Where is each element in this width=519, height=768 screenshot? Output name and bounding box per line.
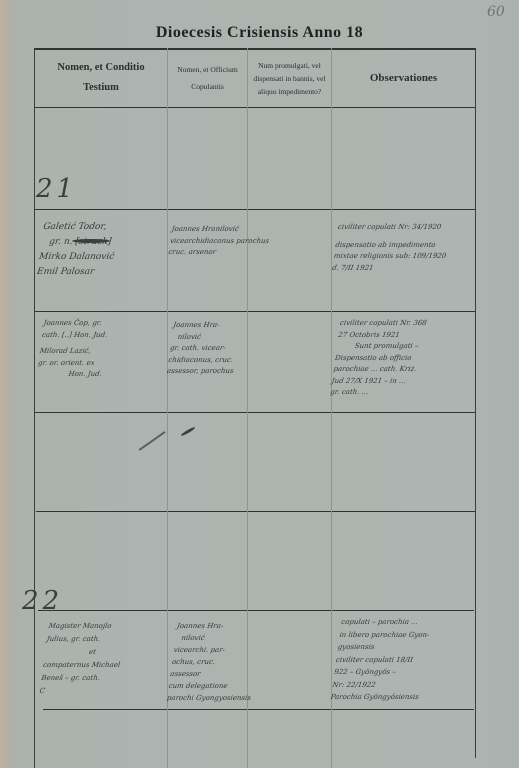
handwritten-line: Beneš – gr. cath. — [40, 672, 119, 685]
handwritten-line: Emil Palosar — [36, 265, 113, 280]
handwritten-line: mixtae religionis sub: 109/1920 — [333, 251, 447, 263]
column-divider — [331, 48, 332, 768]
handwritten-line: assessor, parochus — [166, 366, 234, 378]
handwritten-line: vicearchi. par- — [173, 644, 259, 656]
handwritten-line: gr. or. orient. ex — [37, 358, 104, 370]
header-line: Observationes — [370, 72, 437, 84]
handwritten-line: cum delegatione — [168, 680, 254, 692]
header-line: dispensati in bannis, vel — [253, 72, 325, 85]
handwritten-line: 922 – Gyöngyös – — [333, 666, 425, 679]
entry-officiant: Joannes Hra- nilović vicearchi. par- och… — [166, 620, 262, 704]
handwritten-line: chidiaconus, cruc. — [168, 355, 236, 367]
handwritten-line: civiliter copulati 18/II — [335, 654, 427, 667]
header-line: Copulantis — [177, 78, 237, 95]
binding-edge — [0, 0, 12, 768]
handwritten-line: parochiae ... cath. Kriż. — [333, 364, 421, 376]
handwritten-line: et — [44, 646, 123, 659]
handwritten-line: copulati – parochia ... — [340, 616, 432, 629]
entry-witnesses: Galetić Todor, gr. n. [struck] Mirko Dal… — [36, 220, 120, 280]
handwritten-line: gr. cath. ... — [329, 387, 417, 399]
handwritten-line: Dispensatio ab officio — [334, 353, 422, 365]
handwritten-line: Jud 27/X 1921 – in ... — [331, 376, 419, 388]
handwritten-line: dispensatio ab impedimento — [335, 240, 449, 252]
handwritten-line: Mirko Dalanović — [38, 250, 115, 265]
handwritten-line: Hon. Jud. — [36, 369, 103, 381]
handwritten-line: Joannes Hra- — [176, 620, 262, 632]
register-page: 60 Dioecesis Crisiensis Anno 18 Nomen, e… — [0, 0, 519, 768]
handwritten-line: nilović — [175, 632, 261, 644]
entry-witnesses: Magister Manojlo Julius, gr. cath. et co… — [39, 620, 127, 698]
handwritten-line: in libero parochiae Gyon- — [339, 629, 431, 642]
entry-number: 21 — [36, 174, 77, 204]
row-divider — [35, 311, 476, 312]
header-line: aliquo impedimento? — [253, 85, 325, 98]
column-header-banns: Num promulgati, vel dispensati in bannis… — [248, 49, 331, 107]
handwritten-line: gr. cath. vicear- — [169, 343, 237, 355]
entry-observations: civiliter copulati Nr: 34/1920 dispensat… — [331, 222, 451, 274]
handwritten-line: ochus, cruc. — [171, 656, 257, 668]
table-right-border — [475, 48, 476, 758]
handwritten-line: Galetić Todor, — [42, 220, 119, 235]
column-divider — [167, 48, 168, 768]
page-number: 60 — [487, 4, 505, 20]
row-divider — [36, 511, 476, 512]
column-header-officiant: Nomen, et Officium Copulantis — [168, 49, 247, 107]
handwritten-line: d. 7/II 1921 — [331, 263, 445, 275]
handwritten-line: 27 Octobris 1921 — [337, 330, 425, 342]
entry-officiant: Joannes Hra- nilović gr. cath. vicear- c… — [166, 320, 241, 378]
handwritten-line: parochi Gyongyosiensis — [166, 692, 252, 704]
handwritten-line: Joannes Hranilović — [171, 224, 272, 236]
ink-blot — [180, 426, 195, 437]
handwritten-line: civiliter copulati Nr: 34/1920 — [337, 222, 451, 234]
column-header-witnesses: Nomen, et Conditio Testium — [35, 49, 167, 107]
ink-blot — [72, 239, 110, 243]
header-line: Num promulgati, vel — [253, 59, 325, 72]
handwritten-line: civiliter copulati Nr. 368 — [339, 318, 427, 330]
handwritten-line: Joannes Čop, gr. — [43, 318, 110, 330]
handwritten-line: Nr: 22/1922 — [332, 679, 424, 692]
handwritten-line: compaternus Michael — [42, 659, 121, 672]
handwritten-line: cath. [..] Hon. Jud. — [41, 330, 108, 342]
column-header-observations: Observationes — [332, 49, 475, 107]
handwritten-line: assessor — [169, 668, 255, 680]
handwritten-line: nilović — [171, 332, 239, 344]
entry-officiant: Joannes Hranilović vicearchidiaconus par… — [168, 224, 272, 259]
handwritten-line: vicearchidiaconus parochus — [169, 236, 270, 248]
entry-observations: copulati – parochia ... in libero paroch… — [330, 616, 432, 704]
row-divider — [43, 709, 474, 710]
entry-number: 22 — [22, 586, 63, 616]
handwritten-line: gyosiensis — [337, 641, 429, 654]
header-line: Nomen, et Conditio — [57, 58, 144, 78]
handwritten-line: Joannes Hra- — [172, 320, 240, 332]
handwritten-line: Milorad Lazić, — [39, 346, 106, 358]
page-title: Dioecesis Crisiensis Anno 18 — [0, 24, 519, 42]
ink-mark — [138, 431, 165, 451]
entry-witnesses: Joannes Čop, gr. cath. [..] Hon. Jud. Mi… — [36, 318, 110, 381]
entry-observations: civiliter copulati Nr. 368 27 Octobris 1… — [329, 318, 427, 399]
table-left-border — [34, 48, 35, 768]
header-line: Nomen, et Officium — [177, 61, 237, 78]
handwritten-line: Sunt promulgati – — [336, 341, 424, 353]
row-divider — [35, 412, 476, 413]
handwritten-line: cruc. arsenor — [168, 247, 269, 259]
header-line: Testium — [57, 78, 144, 98]
header-bottom-border — [34, 107, 476, 108]
handwritten-line: Magister Manojlo — [48, 620, 127, 633]
handwritten-line: Julius, gr. cath. — [46, 633, 125, 646]
row-divider — [38, 610, 474, 611]
handwritten-line: Parochia Gyöngyösiensis — [330, 691, 422, 704]
handwritten-line: C — [39, 685, 118, 698]
row-divider — [34, 209, 476, 210]
